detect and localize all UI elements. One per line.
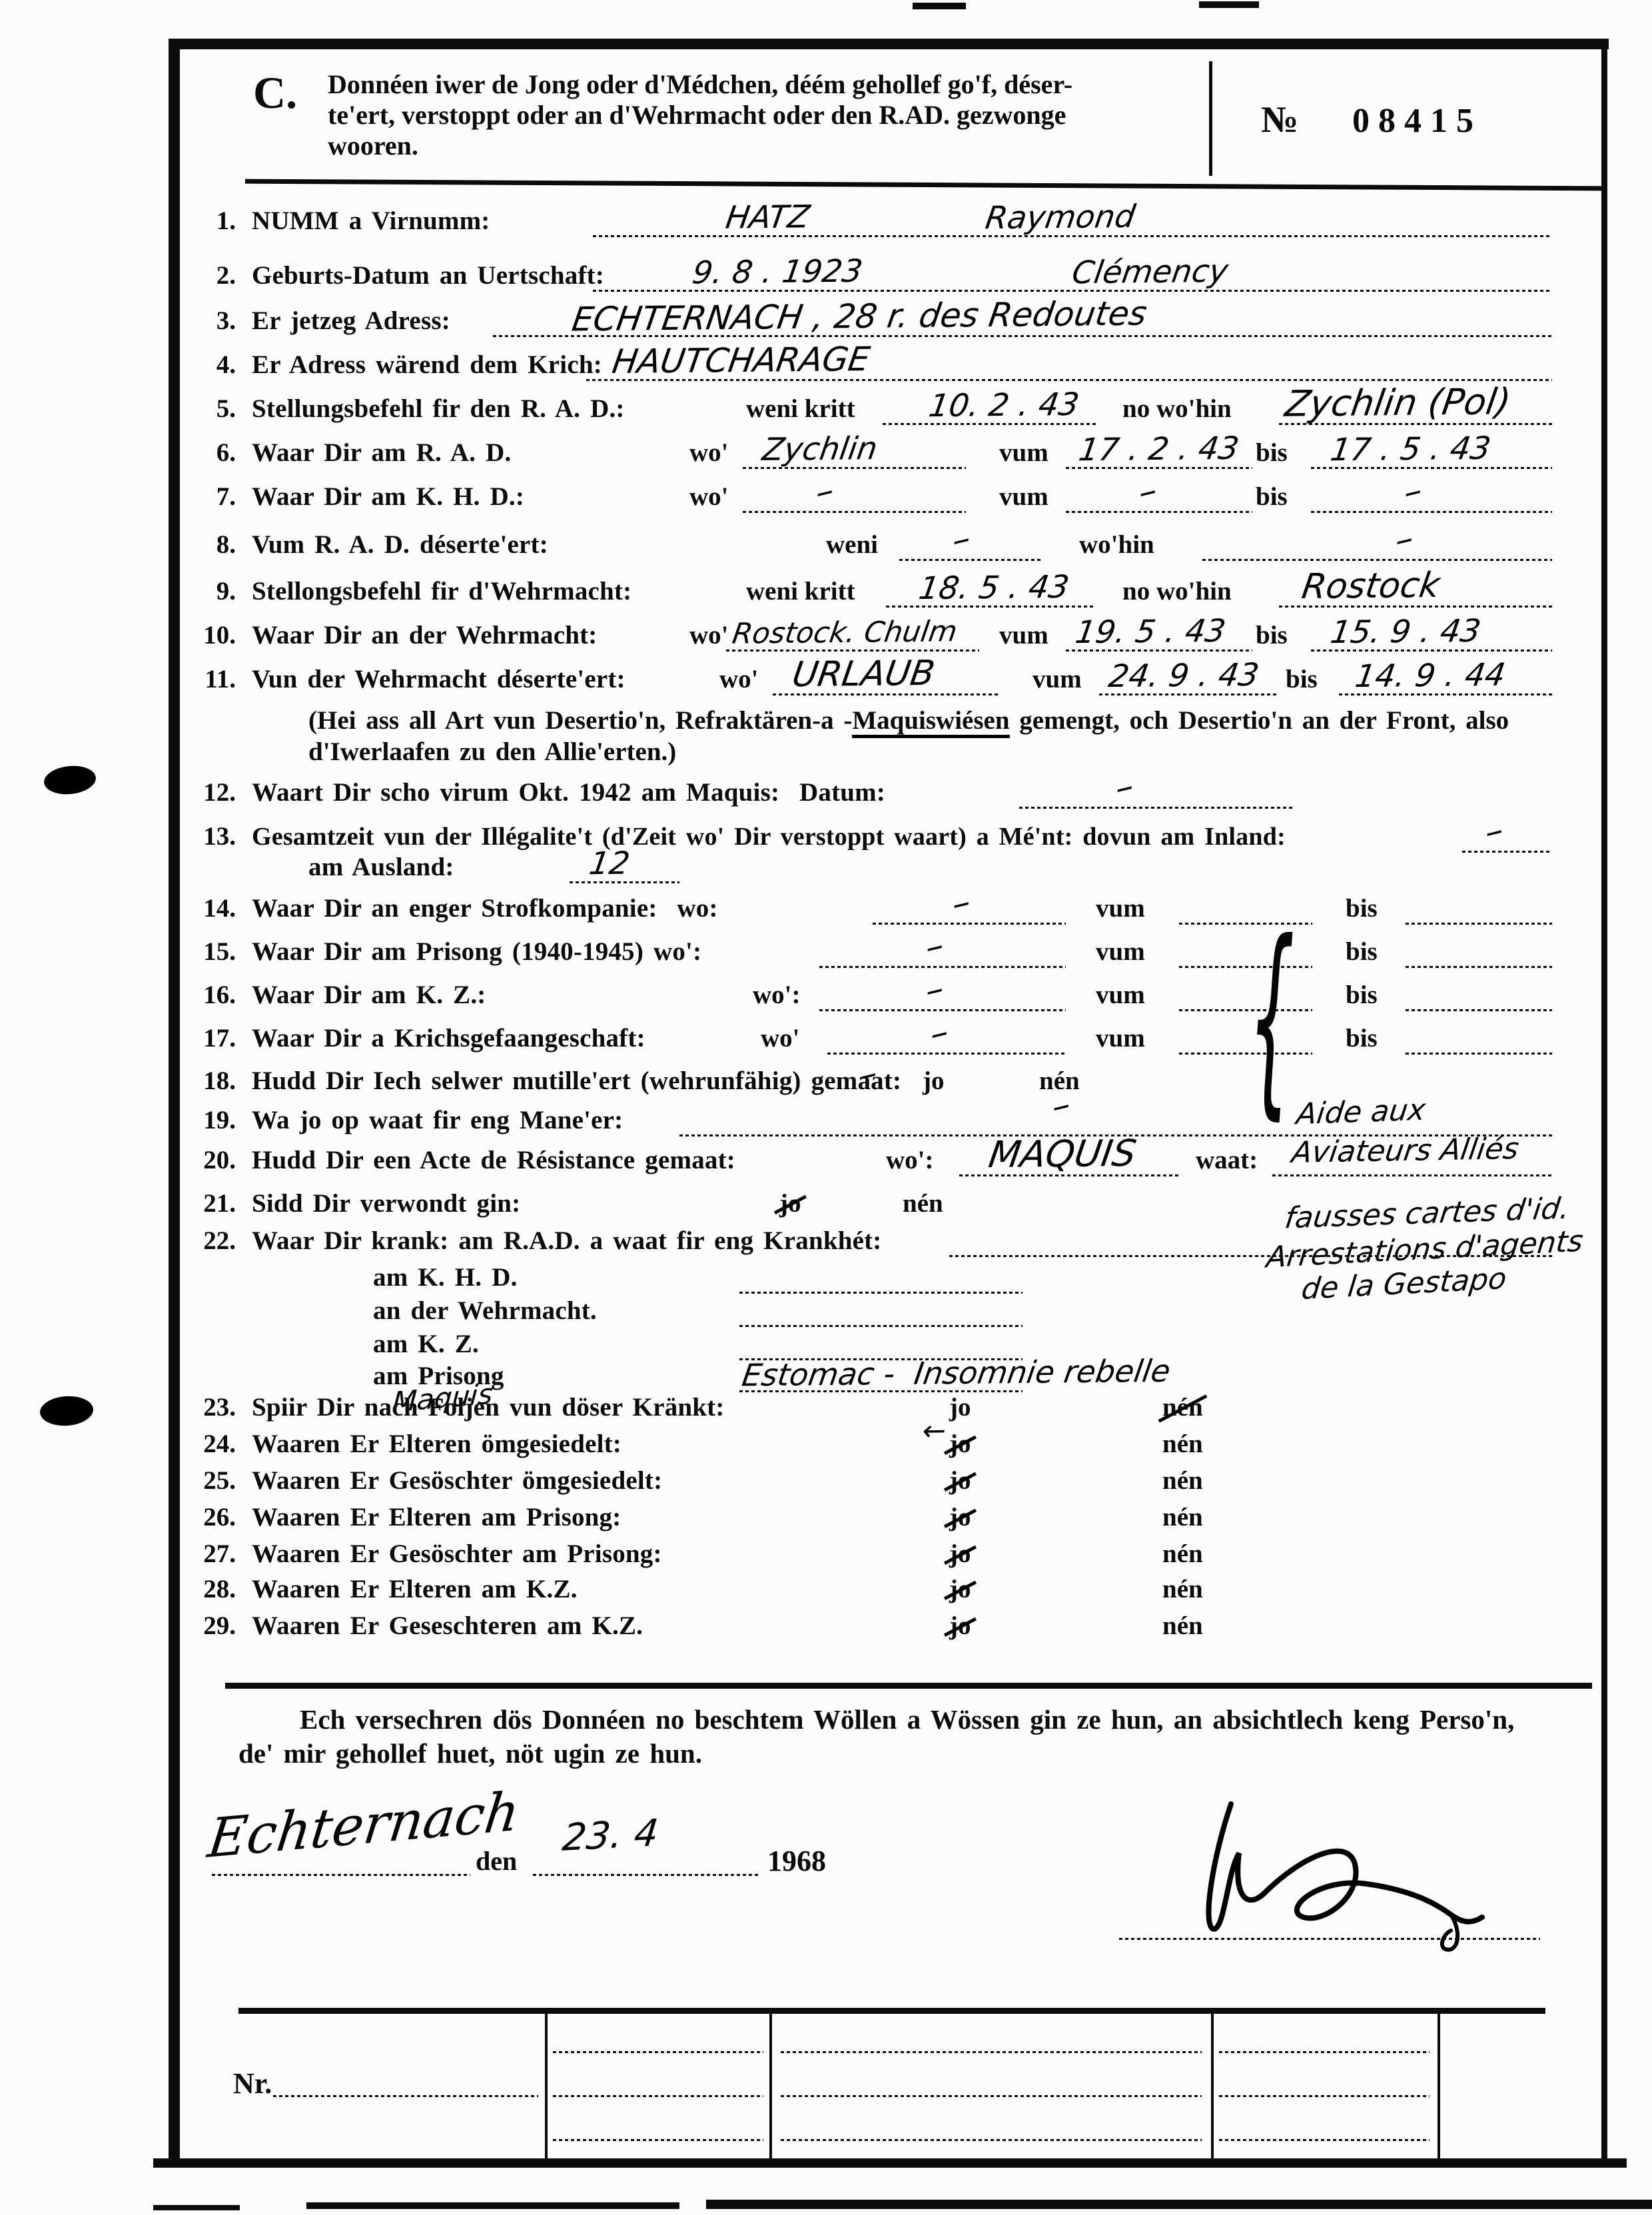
note-underlined-word: Maquiswiésen	[852, 706, 1009, 738]
item-label: Vum R. A. D. déserte'ert:	[252, 530, 548, 560]
form-item-6: 6. Waar Dir am R. A. D. wo' Zychlin vum …	[193, 433, 1552, 474]
field-prefix: vum	[999, 620, 1048, 650]
item-label: am Ausland:	[308, 852, 454, 882]
handwritten-value: Rostock	[1300, 568, 1442, 604]
sub-label: am K. Z.	[373, 1329, 479, 1359]
field-prefix: bis	[1256, 620, 1288, 650]
item-17-field-bis	[1406, 1016, 1552, 1055]
item-number: 1.	[193, 206, 236, 236]
form-item-4: 4. Er Adress wärend dem Krich: HAUTCHARA…	[193, 345, 1552, 386]
item-9-field-weni: 18. 5 . 43	[886, 569, 1096, 608]
handwritten-value: ECHTERNACH , 28 r. des Redoutes	[570, 296, 1149, 336]
handwritten-dash: –	[951, 521, 972, 559]
punch-hole	[43, 763, 97, 797]
form-item-23: 23. Spiir Dir nach Foljen vun döser Krän…	[193, 1388, 1552, 1429]
handwritten-dash: –	[1484, 813, 1505, 851]
nen-option: nén	[1162, 1611, 1203, 1641]
item-15-field-wo: –	[819, 929, 1066, 968]
item-label: NUMM a Virnumm:	[252, 206, 490, 236]
handwritten-value: 17 . 5 . 43	[1328, 433, 1492, 466]
item-number: 7.	[193, 482, 236, 512]
jo-option-struck: jo	[779, 1188, 801, 1218]
handwritten-value: Estomac - Insomnie rebelle	[740, 1356, 1172, 1391]
nen-option: nén	[1162, 1466, 1203, 1496]
item-number: 20.	[193, 1145, 236, 1175]
header-divider	[1209, 61, 1212, 176]
nr-dotted-line	[273, 2094, 538, 2097]
item-label: Waaren Er Gesöschter ömgesiedelt:	[252, 1466, 662, 1496]
item-number: 19.	[193, 1105, 236, 1135]
jo-option-struck: jo	[949, 1574, 971, 1604]
item-number: 27.	[193, 1539, 236, 1569]
item-number: 23.	[193, 1392, 236, 1422]
nen-option: nén	[1162, 1539, 1203, 1569]
table-vertical-line	[1211, 2010, 1214, 2160]
handwritten-value: HATZ	[723, 201, 811, 233]
item-number: 11.	[193, 664, 236, 694]
item-number: 2.	[193, 260, 236, 290]
curly-brace: {	[1248, 915, 1295, 1122]
field-prefix: weni kritt	[746, 576, 855, 606]
field-prefix: bis	[1256, 482, 1288, 512]
handwritten-value: 14. 9 . 44	[1353, 660, 1507, 692]
handwritten-dash: –	[1403, 473, 1424, 511]
item-10-field-vum: 19. 5 . 43	[1066, 613, 1252, 652]
number-sign: №	[1261, 99, 1298, 141]
handwritten-value: HAUTCHARAGE	[610, 342, 872, 378]
form-item-5: 5. Stellungsbefehl fir den R. A. D.: wen…	[193, 389, 1552, 430]
form-item-15: 15. Waar Dir am Prisong (1940-1945) wo':…	[193, 932, 1552, 973]
scan-artifact-top-1	[913, 3, 966, 9]
table-cell-dotted-line	[1219, 2138, 1430, 2141]
table-cell-dotted-line	[1219, 2094, 1430, 2097]
item-label: Waaren Er Elteren am Prisong:	[252, 1502, 621, 1532]
item-number: 10.	[193, 620, 236, 650]
item-number: 12.	[193, 777, 236, 807]
handwritten-dash: –	[925, 928, 945, 966]
field-prefix: wo'hin	[1079, 530, 1154, 560]
table-cell-dotted-line	[553, 2050, 763, 2053]
nr-label: Nr.	[233, 2066, 272, 2100]
item-22-field-prisong: Estomac - Insomnie rebelle	[739, 1354, 1023, 1392]
handwritten-dash: –	[925, 971, 945, 1009]
item-label: Waar Dir am R. A. D.	[252, 438, 511, 468]
nen-option-struck: nén	[1162, 1392, 1203, 1422]
item-6-field-wo: Zychlin	[743, 430, 966, 469]
declaration-text: Ech versechren dös Donnéen no beschtem W…	[238, 1703, 1543, 1771]
item-number: 5.	[193, 394, 236, 424]
table-cell-dotted-line	[1219, 2050, 1430, 2053]
item-1-field: HATZ Raymond	[593, 199, 1552, 237]
field-prefix: wo'	[719, 664, 759, 694]
header-rule	[245, 179, 1605, 191]
handwritten-dash: –	[858, 1056, 879, 1094]
field-prefix: wo'	[689, 438, 729, 468]
item-number: 4.	[193, 350, 236, 380]
table-cell-dotted-line	[553, 2094, 763, 2097]
form-item-11: 11. Vun der Wehrmacht déserte'ert: wo' U…	[193, 660, 1552, 701]
item-number: 28.	[193, 1574, 236, 1604]
handwritten-value: 24. 9 . 43	[1106, 660, 1261, 692]
item-label: Stellongsbefehl fir d'Wehrmacht:	[252, 576, 631, 606]
table-bottom-rule	[153, 2158, 1627, 2168]
item-11-field-bis: 14. 9 . 44	[1339, 657, 1552, 695]
item-number: 22.	[193, 1226, 236, 1256]
signature-scribble	[1146, 1792, 1532, 1959]
scan-artifact-bottom	[706, 2200, 1652, 2209]
item-20-field-wo: MAQUIS	[959, 1138, 1179, 1176]
item-16-field-wo: –	[819, 973, 1066, 1011]
nen-option: nén	[903, 1188, 943, 1218]
item-label: Sidd Dir verwondt gin:	[252, 1188, 520, 1218]
sub-label: am K. H. D.	[373, 1262, 518, 1292]
jo-option: jo	[923, 1066, 945, 1096]
item-14-field-wo: –	[873, 886, 1066, 925]
form-title-line: wooren.	[328, 131, 1200, 161]
item-label: Waaren Er Geseschteren am K.Z.	[252, 1611, 643, 1641]
item-number: 3.	[193, 306, 236, 336]
form-item-25: 25. Waaren Er Gesöschter ömgesiedelt: jo…	[193, 1461, 1552, 1502]
scan-artifact-bottom	[153, 2205, 240, 2210]
nen-option: nén	[1162, 1502, 1203, 1532]
date-dotted-line	[533, 1873, 759, 1876]
field-prefix: wo':	[753, 980, 801, 1010]
handwritten-value: 18. 5 . 43	[917, 572, 1071, 604]
handwritten-value: 17 . 2 . 43	[1076, 433, 1240, 466]
item-number: 9.	[193, 576, 236, 606]
item-15-field-bis	[1406, 929, 1552, 968]
item-label: Er Adress wärend dem Krich:	[252, 350, 602, 380]
item-label: Waar Dir a Krichsgefaangeschaft:	[252, 1023, 645, 1053]
punch-hole	[39, 1394, 95, 1427]
field-prefix: wo'	[689, 620, 729, 650]
form-item-24: 24. Waaren Er Elteren ömgesiedelt: jo né…	[193, 1424, 1552, 1466]
field-prefix: bis	[1286, 664, 1318, 694]
table-cell-dotted-line	[553, 2138, 763, 2141]
item-number: 29.	[193, 1611, 236, 1641]
handwritten-dash: –	[1051, 1087, 1072, 1125]
form-item-9: 9. Stellongsbefehl fir d'Wehrmacht: weni…	[193, 572, 1552, 613]
item-label: Waar Dir am Prisong (1940-1945) wo':	[252, 937, 701, 967]
item-label: Spiir Dir nach Foljen vun döser Kränkt:	[252, 1392, 725, 1422]
item-9-field-wohin: Rostock	[1279, 569, 1552, 608]
form-item-7: 7. Waar Dir am K. H. D.: wo' – vum – bis…	[193, 477, 1552, 518]
handwritten-dash: –	[929, 1015, 950, 1053]
jo-option-struck: jo	[949, 1611, 971, 1641]
item-number: 18.	[193, 1066, 236, 1096]
form-title: Donnéen iwer de Jong oder d'Médchen, déé…	[328, 69, 1200, 161]
item-label: Hudd Dir een Acte de Résistance gemaat:	[252, 1145, 735, 1175]
frame-top-border	[169, 39, 1609, 49]
item-3-field: ECHTERNACH , 28 r. des Redoutes	[493, 298, 1552, 337]
handwritten-value: Zychlin	[760, 433, 879, 466]
item-label: Waar Dir am K. Z.:	[252, 980, 486, 1010]
item-label: Stellungsbefehl fir den R. A. D.:	[252, 394, 625, 424]
item-13-field-ausland: 12	[570, 845, 679, 883]
item-number: 17.	[193, 1023, 236, 1053]
resistance-note-line: de la Gestapo	[1300, 1264, 1508, 1304]
form-item-16: 16. Waar Dir am K. Z.: wo': – vum bis	[193, 975, 1552, 1017]
handwritten-value: URLAUB	[790, 656, 937, 692]
resistance-note-line: Aviateurs Alliés	[1290, 1134, 1520, 1168]
field-prefix: bis	[1346, 980, 1378, 1010]
item-2-field: 9. 8 . 1923 Clémency	[593, 253, 1552, 292]
item-4-field: HAUTCHARAGE	[586, 342, 1552, 381]
item-10-field-bis: 15. 9 . 43	[1311, 613, 1552, 652]
jo-option-struck: jo	[949, 1539, 971, 1569]
field-prefix: wo'	[761, 1023, 800, 1053]
form-item-3: 3. Er jetzeg Adress: ECHTERNACH , 28 r. …	[193, 301, 1552, 342]
field-prefix: vum	[1096, 893, 1145, 923]
item-label: Waaren Er Elteren ömgesiedelt:	[252, 1429, 621, 1459]
note-text: (Hei ass all Art vun Desertio'n, Refrakt…	[308, 706, 852, 735]
item-label: Hudd Dir Iech selwer mutille'ert (wehrun…	[252, 1066, 901, 1096]
handwritten-value: Rostock. Chulm	[731, 618, 959, 649]
item-label: Wa jo op waat fir eng Mane'er:	[252, 1105, 623, 1135]
resistance-note-line: Aide aux	[1295, 1096, 1428, 1130]
item-10-field-wo: Rostock. Chulm	[726, 613, 979, 652]
item-label: Geburts-Datum an Uertschaft:	[252, 260, 604, 290]
item-label: Er jetzeg Adress:	[252, 306, 450, 336]
table-top-rule	[238, 2008, 1545, 2014]
item-8-field-wohin: –	[1202, 522, 1552, 561]
item-number: 26.	[193, 1502, 236, 1532]
table-cell-dotted-line	[781, 2094, 1202, 2097]
item-label: Vun der Wehrmacht déserte'ert:	[252, 664, 625, 694]
handwritten-dash: –	[1394, 521, 1415, 559]
item-5-field-weni: 10. 2 . 43	[883, 386, 1096, 425]
item-number: 14.	[193, 893, 236, 923]
item-17-field-wo: –	[827, 1016, 1066, 1055]
item-label: Waar Dir krank: am R.A.D. a waat fir eng…	[252, 1226, 882, 1256]
handwritten-dash: –	[951, 885, 972, 923]
handwritten-value: 19. 5 . 43	[1073, 616, 1228, 648]
scanned-form-page: C. Donnéen iwer de Jong oder d'Médchen, …	[0, 0, 1652, 2215]
handwritten-dash: –	[815, 473, 835, 511]
field-prefix: vum	[1096, 937, 1145, 967]
item-14-field-bis	[1406, 886, 1552, 925]
field-prefix: wo':	[886, 1145, 934, 1175]
form-item-14: 14. Waar Dir an enger Strofkompanie: wo:…	[193, 889, 1552, 930]
jo-option-struck: jo	[949, 1502, 971, 1532]
field-prefix: bis	[1346, 1023, 1378, 1053]
item-label: Waart Dir scho virum Okt. 1942 am Maquis…	[252, 777, 885, 807]
field-prefix: vum	[1032, 664, 1082, 694]
form-item-8: 8. Vum R. A. D. déserte'ert: weni – wo'h…	[193, 525, 1552, 566]
handwritten-value: Raymond	[983, 201, 1137, 234]
table-vertical-line	[769, 2010, 772, 2160]
handwritten-value: 12	[587, 848, 631, 880]
item-label: Waaren Er Elteren am K.Z.	[252, 1574, 578, 1604]
field-prefix: bis	[1346, 893, 1378, 923]
form-item-1: 1. NUMM a Virnumm: HATZ Raymond	[193, 201, 1552, 242]
handwritten-value: 15. 9 . 43	[1328, 616, 1483, 648]
item-label: Waar Dir an enger Strofkompanie: wo:	[252, 893, 718, 923]
form-item-2: 2. Geburts-Datum an Uertschaft: 9. 8 . 1…	[193, 256, 1552, 297]
scan-artifact-bottom	[306, 2202, 679, 2209]
handwritten-date: 23. 4	[561, 1815, 660, 1857]
field-prefix: no wo'hin	[1122, 394, 1232, 424]
item-16-field-bis	[1406, 973, 1552, 1011]
item-label: Waar Dir an der Wehrmacht:	[252, 620, 597, 650]
form-serial-number: 08415	[1352, 101, 1482, 141]
item-label: Waaren Er Gesöschter am Prisong:	[252, 1539, 662, 1569]
item-number: 6.	[193, 438, 236, 468]
item-label: Waar Dir am K. H. D.:	[252, 482, 524, 512]
handwritten-value: 9. 8 . 1923	[690, 256, 864, 289]
item-number: 25.	[193, 1466, 236, 1496]
handwritten-dash: –	[1138, 473, 1158, 511]
form-title-line: Donnéen iwer de Jong oder d'Médchen, déé…	[328, 69, 1200, 100]
scan-artifact-top-2	[1199, 1, 1259, 8]
field-prefix: weni kritt	[746, 394, 855, 424]
field-prefix: weni	[826, 530, 878, 560]
form-item-26: 26. Waaren Er Elteren am Prisong: jo nén	[193, 1498, 1552, 1539]
item-7-field-bis: –	[1311, 474, 1552, 513]
form-item-12: 12. Waart Dir scho virum Okt. 1942 am Ma…	[193, 773, 1552, 814]
form-title-line: te'ert, verstoppt oder an d'Wehrmacht od…	[328, 100, 1200, 131]
field-prefix: waat:	[1196, 1145, 1258, 1175]
table-cell-dotted-line	[781, 2050, 1202, 2053]
den-label: den	[476, 1845, 517, 1877]
form-item-10: 10. Waar Dir an der Wehrmacht: wo' Rosto…	[193, 616, 1552, 657]
item-number: 16.	[193, 980, 236, 1010]
field-prefix: vum	[999, 438, 1048, 468]
item-7-field-vum: –	[1066, 474, 1252, 513]
item-11-field-vum: 24. 9 . 43	[1099, 657, 1279, 695]
section-rule	[225, 1683, 1592, 1689]
place-dotted-line	[212, 1873, 470, 1876]
item-12-field: –	[1019, 770, 1292, 809]
item-number: 8.	[193, 530, 236, 560]
item-5-field-wohin: Zychlin (Pol)	[1279, 386, 1552, 425]
field-prefix: vum	[1096, 980, 1145, 1010]
resistance-annotation: { Aide aux Aviateurs Alliés fausses cart…	[1256, 1098, 1629, 1318]
item-8-field-weni: –	[899, 522, 1042, 561]
handwritten-value: 10. 2 . 43	[927, 389, 1081, 422]
item-6-field-bis: 17 . 5 . 43	[1311, 430, 1552, 469]
item-11-field-wo: URLAUB	[773, 657, 999, 695]
table-vertical-line	[1438, 2010, 1440, 2160]
field-prefix: wo'	[689, 482, 729, 512]
item-number: 21.	[193, 1188, 236, 1218]
item-7-field-wo: –	[743, 474, 966, 513]
table-cell-dotted-line	[781, 2138, 1202, 2141]
frame-left-border	[169, 39, 180, 2162]
handwritten-value: Clémency	[1070, 256, 1230, 288]
field-prefix: bis	[1256, 438, 1288, 468]
form-item-13b: am Ausland: 12	[193, 847, 1552, 889]
item-11-note: (Hei ass all Art vun Desertio'n, Refrakt…	[308, 705, 1574, 767]
jo-option-struck: jo	[949, 1429, 971, 1459]
item-6-field-vum: 17 . 2 . 43	[1066, 430, 1252, 469]
handwritten-place: Echternach	[205, 1785, 522, 1866]
item-number: 24.	[193, 1429, 236, 1459]
section-letter: C.	[253, 67, 297, 119]
nen-option: nén	[1162, 1429, 1203, 1459]
form-item-28: 28. Waaren Er Elteren am K.Z. jo nén	[193, 1569, 1552, 1611]
field-prefix: bis	[1346, 937, 1378, 967]
field-prefix: vum	[1096, 1023, 1145, 1053]
table-vertical-line	[545, 2010, 548, 2160]
jo-option: jo	[949, 1392, 971, 1422]
handwritten-value: MAQUIS	[987, 1135, 1138, 1173]
year-label: 1968	[767, 1844, 826, 1878]
item-number: 15.	[193, 937, 236, 967]
field-prefix: no wo'hin	[1122, 576, 1232, 606]
handwritten-dash: –	[1114, 769, 1135, 807]
form-item-29: 29. Waaren Er Geseschteren am K.Z. jo né…	[193, 1606, 1552, 1647]
field-prefix: vum	[999, 482, 1048, 512]
nen-option: nén	[1162, 1574, 1203, 1604]
jo-option-struck: jo	[949, 1466, 971, 1496]
sub-label: an der Wehrmacht.	[373, 1296, 597, 1326]
signature-dotted-line	[1119, 1937, 1540, 1940]
handwritten-value: Zychlin (Pol)	[1283, 384, 1513, 422]
